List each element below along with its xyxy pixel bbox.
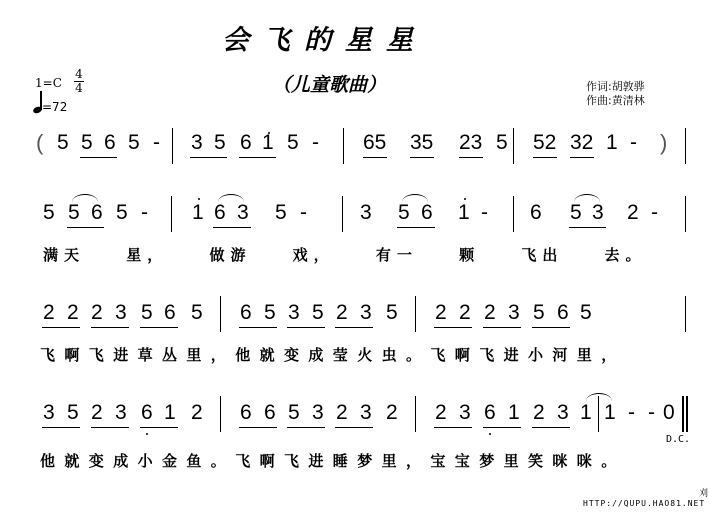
song-subtitle: （儿童歌曲） (272, 70, 386, 97)
note: 2 (91, 401, 103, 425)
note: 1 (580, 401, 592, 425)
beam-underline (363, 157, 387, 158)
beam-underline (335, 427, 373, 428)
beam-underline (190, 157, 227, 158)
note: 5 (57, 131, 69, 155)
note: 5 (288, 401, 300, 425)
note: 3 (459, 401, 471, 425)
beam-underline (287, 327, 325, 328)
source-url: HTTP://QUPU.HAO81.NET (583, 499, 705, 508)
barline (220, 396, 221, 432)
note: 2 (43, 301, 55, 325)
note: 5 (386, 301, 398, 325)
note: 6 (91, 201, 103, 225)
note: 6 (484, 401, 496, 425)
note: 6 (240, 401, 252, 425)
note: 1 (164, 401, 176, 425)
high-octave-dot (198, 198, 200, 200)
note: 3 (43, 401, 55, 425)
note: 5 (67, 401, 79, 425)
beam-underline (140, 327, 178, 328)
beam-underline (533, 157, 557, 158)
barline (685, 296, 686, 332)
note: 1 (606, 131, 618, 155)
note: 5 (68, 201, 80, 225)
note: 6 (557, 301, 569, 325)
note: 2 (533, 401, 545, 425)
barline (415, 296, 416, 332)
note: 3 (115, 301, 127, 325)
note: 35 (410, 131, 433, 155)
note: 3 (360, 301, 372, 325)
note: 5 (312, 301, 324, 325)
barline (685, 196, 686, 232)
barline (342, 196, 343, 232)
note: 3 (557, 401, 569, 425)
note: 5 (287, 131, 299, 155)
song-title: 会飞的星星 (222, 18, 427, 57)
beam-underline (42, 327, 80, 328)
dash: - (312, 131, 319, 155)
beam-underline (532, 327, 570, 328)
note: 2 (386, 401, 398, 425)
beam-underline (532, 427, 570, 428)
composer-credit: 作曲:黄清林 (586, 94, 645, 108)
barline (172, 128, 173, 164)
barline (343, 128, 344, 164)
beam-underline (483, 327, 521, 328)
beam-underline (287, 427, 325, 428)
barline (685, 128, 686, 164)
note: 6 (164, 301, 176, 325)
dash: - (630, 131, 637, 155)
tempo-marking: =72 (33, 100, 67, 114)
beam-underline (80, 157, 117, 158)
lyricist-credit: 作词:胡敦骅 (586, 80, 645, 94)
beam-underline (397, 227, 435, 228)
beam-underline (239, 327, 277, 328)
note: 5 (533, 301, 545, 325)
note: 6 (104, 131, 116, 155)
note: 23 (459, 131, 482, 155)
note: 3 (115, 401, 127, 425)
note: 3 (592, 201, 604, 225)
note: 3 (360, 401, 372, 425)
note: 6 (240, 301, 252, 325)
beam-underline (569, 227, 606, 228)
beam-underline (434, 427, 472, 428)
beam-underline (91, 327, 129, 328)
dash: - (648, 401, 655, 425)
note: 1 (458, 201, 470, 225)
note: 6 (240, 131, 252, 155)
final-barline-thin (682, 396, 684, 432)
note: 2 (435, 301, 447, 325)
note: 6 (214, 201, 226, 225)
rest: 0 (663, 401, 675, 425)
note: 5 (214, 131, 226, 155)
note: 65 (363, 131, 386, 155)
beam-underline (213, 227, 251, 228)
beam-underline (239, 157, 276, 158)
final-barline-thick (686, 396, 688, 432)
note: 3 (508, 301, 520, 325)
barline (513, 196, 514, 232)
beam-underline (335, 327, 373, 328)
da-capo-marking: D.C. (666, 434, 690, 445)
note: 5 (81, 131, 93, 155)
high-octave-dot (464, 198, 466, 200)
note: 1 (262, 131, 274, 155)
time-signature-top: 4 (73, 68, 85, 81)
beam-underline (459, 157, 483, 158)
barline (415, 396, 416, 432)
note: 1 (508, 401, 520, 425)
note: 3 (237, 201, 249, 225)
note: 3 (191, 131, 203, 155)
note: 6 (530, 201, 542, 225)
barline (220, 296, 221, 332)
tempo-value: =72 (42, 100, 67, 114)
low-octave-dot (146, 433, 148, 435)
note: 5 (141, 301, 153, 325)
beam-underline (42, 427, 80, 428)
open-paren: ( (36, 130, 43, 156)
close-paren: ) (660, 130, 667, 156)
note: 2 (435, 401, 447, 425)
credits: 作词:胡敦骅 作曲:黄清林 (586, 80, 645, 108)
barline (598, 396, 599, 432)
lyrics-line-3: 他就变成小金鱼。飞啊飞进睡梦里，宝宝梦里笑咪咪。 (40, 450, 626, 471)
dash: - (651, 201, 658, 225)
time-signature: 4 4 (73, 68, 85, 95)
note: 32 (570, 131, 593, 155)
lyrics-line-2: 飞啊飞进草丛里，他就变成莹火虫。飞啊飞进小河里， (40, 344, 626, 365)
low-octave-dot (489, 433, 491, 435)
note: 5 (580, 301, 592, 325)
note: 2 (91, 301, 103, 325)
note: 1 (192, 201, 204, 225)
note: 3 (288, 301, 300, 325)
note: 6 (421, 201, 433, 225)
note: 5 (275, 201, 287, 225)
note: 5 (398, 201, 410, 225)
beam-underline (67, 227, 104, 228)
barline (171, 196, 172, 232)
note: 2 (67, 301, 79, 325)
beam-underline (483, 427, 521, 428)
note: 2 (336, 401, 348, 425)
beam-underline (239, 427, 277, 428)
note: 1 (604, 401, 616, 425)
note: 2 (627, 201, 639, 225)
dash: - (153, 131, 160, 155)
note: 2 (459, 301, 471, 325)
note: 5 (116, 201, 128, 225)
corner-mark: 刈 (699, 486, 708, 499)
note: 5 (191, 301, 203, 325)
note: 5 (496, 131, 508, 155)
note: 52 (533, 131, 556, 155)
note: 5 (43, 201, 55, 225)
beam-underline (91, 427, 129, 428)
dash: - (141, 201, 148, 225)
time-signature-bottom: 4 (73, 82, 85, 95)
note: 2 (484, 301, 496, 325)
dash: - (300, 201, 307, 225)
barline (513, 128, 514, 164)
key-signature: 1=C (35, 76, 62, 90)
dash: - (481, 201, 488, 225)
beam-underline (570, 157, 594, 158)
tie (586, 393, 612, 401)
note: 5 (264, 301, 276, 325)
note: 3 (360, 201, 372, 225)
note: 6 (264, 401, 276, 425)
beam-underline (410, 157, 434, 158)
note: 2 (336, 301, 348, 325)
note: 6 (141, 401, 153, 425)
beam-underline (140, 427, 178, 428)
lyrics-line-1: 满天 星， 做游 戏， 有一 颗 飞出 去。 (43, 244, 647, 265)
beam-underline (434, 327, 472, 328)
note: 5 (570, 201, 582, 225)
note: 2 (191, 401, 203, 425)
note: 3 (312, 401, 324, 425)
note: 5 (128, 131, 140, 155)
dash: - (628, 401, 635, 425)
